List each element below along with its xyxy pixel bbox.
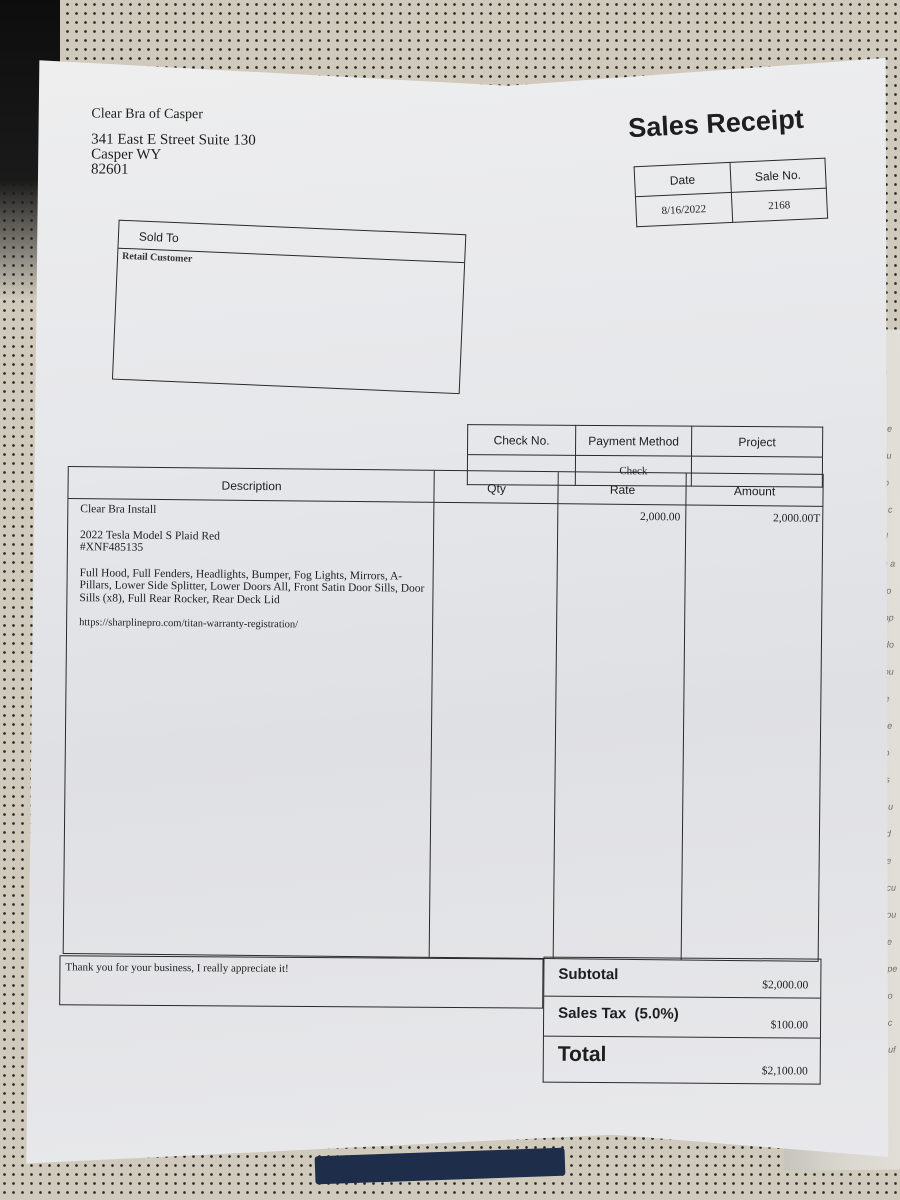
total-label: Total	[558, 1043, 607, 1067]
total-value: $2,100.00	[762, 1065, 808, 1077]
check-no-label: Check No.	[468, 425, 576, 456]
receipt-date: 8/16/2022	[635, 192, 732, 226]
subtotal-value: $2,000.00	[762, 979, 808, 991]
subtotal-label: Subtotal	[558, 966, 618, 983]
thank-you-message: Thank you for your business, I really ap…	[59, 955, 543, 1008]
sold-to-box: Sold To Retail Customer	[112, 220, 466, 394]
payment-method-label: Payment Method	[576, 425, 692, 456]
sale-number: 2168	[731, 188, 828, 222]
company-address-line3: 82601	[91, 162, 256, 178]
rate-header: Rate	[558, 482, 686, 497]
line-items-table: Description Qty Rate Amount Clear Bra In…	[63, 466, 824, 962]
tax-value: $100.00	[771, 1019, 808, 1031]
line-item-description: Clear Bra Install 2022 Tesla Model S Pla…	[79, 503, 430, 646]
total-row: Total $2,100.00	[543, 1037, 821, 1085]
subtotal-row: Subtotal $2,000.00	[543, 957, 821, 999]
amount-header: Amount	[686, 483, 822, 498]
receipt-content: Clear Bra of Casper 341 East E Street Su…	[0, 0, 900, 1200]
date-label: Date	[634, 162, 731, 196]
tax-label: Sales Tax (5.0%)	[558, 1005, 679, 1023]
project-label: Project	[692, 426, 823, 457]
qty-column	[430, 471, 559, 958]
coverage-details: Full Hood, Full Fenders, Headlights, Bum…	[79, 567, 429, 608]
item-rate: 2,000.00	[558, 510, 680, 523]
totals-box: Subtotal $2,000.00 Sales Tax (5.0%) $100…	[543, 957, 822, 1085]
company-info: Clear Bra of Casper 341 East E Street Su…	[91, 105, 256, 178]
document-title: Sales Receipt	[628, 104, 805, 144]
item-title: Clear Bra Install	[80, 503, 430, 519]
warranty-link: https://sharplinepro.com/titan-warranty-…	[79, 617, 429, 633]
item-amount: 2,000.00T	[686, 511, 820, 524]
company-name: Clear Bra of Casper	[91, 105, 256, 123]
sale-no-label: Sale No.	[729, 158, 826, 192]
vehicle-info: 2022 Tesla Model S Plaid Red #XNF485135	[80, 529, 430, 558]
qty-header: Qty	[434, 481, 558, 496]
tax-row: Sales Tax (5.0%) $100.00	[543, 997, 821, 1039]
rate-column	[554, 472, 687, 959]
receipt-info-table: Date Sale No. 8/16/2022 2168	[634, 158, 829, 228]
